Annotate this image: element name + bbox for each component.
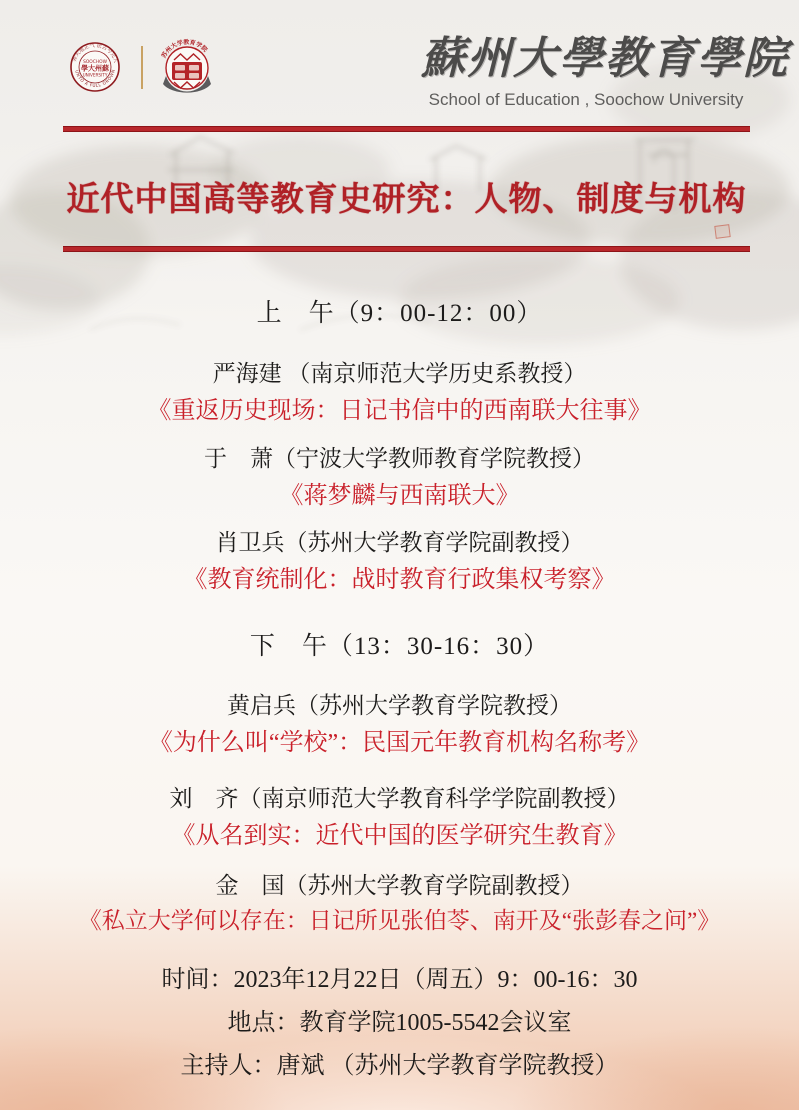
red-seal-stamp	[714, 224, 730, 239]
event-host: 主持人：唐斌 （苏州大学教育学院教授）	[0, 1045, 799, 1080]
header: 养天地正气 法古今完人 UNTO A FULL GROWN MAN SOOCHO…	[0, 0, 799, 125]
talk-title: 《从名到实：近代中国的医学研究生教育》	[0, 815, 799, 850]
college-english-subtitle: School of Education , Soochow University	[421, 90, 751, 110]
speaker-name: 刘 齐（南京师范大学教育科学学院副教授）	[0, 780, 799, 813]
college-seal-logo: 苏州大学教育学院	[156, 38, 218, 100]
talk-title: 《蒋梦麟与西南联大》	[0, 475, 799, 510]
speaker-name: 金 国（苏州大学教育学院副教授）	[0, 867, 799, 900]
title-rule-top	[63, 126, 750, 132]
wordmark-block: 蘇州大學教育學院 School of Education , Soochow U…	[421, 30, 751, 110]
logo-divider	[141, 46, 143, 89]
event-title: 近代中国高等教育史研究：人物、制度与机构	[63, 173, 750, 220]
talk-title: 《重返历史现场：日记书信中的西南联大往事》	[0, 390, 799, 425]
speaker-name: 于 萧（宁波大学教师教育学院教授）	[0, 440, 799, 473]
session-afternoon-header: 下 午（13：30-16：30）	[0, 626, 799, 662]
talk-title: 《私立大学何以存在：日记所见张伯苓、南开及“张彭春之问”》	[0, 902, 799, 935]
seal-center-chinese: 學大州蘇	[80, 64, 109, 73]
talk-title: 《教育统制化：战时教育行政集权考察》	[0, 559, 799, 594]
seal-center-university: UNIVERSITY	[83, 73, 108, 78]
event-poster: 养天地正气 法古今完人 UNTO A FULL GROWN MAN SOOCHO…	[0, 0, 799, 1110]
session-morning-header: 上 午（9：00-12：00）	[0, 293, 799, 329]
speaker-name: 严海建 （南京师范大学历史系教授）	[0, 355, 799, 388]
event-location: 地点：教育学院1005-5542会议室	[0, 1002, 799, 1037]
title-rule-bottom	[63, 246, 750, 252]
speaker-name: 黄启兵（苏州大学教育学院教授）	[0, 687, 799, 720]
speaker-name: 肖卫兵（苏州大学教育学院副教授）	[0, 524, 799, 557]
university-seal-logo: 养天地正气 法古今完人 UNTO A FULL GROWN MAN SOOCHO…	[70, 42, 120, 92]
college-calligraphy-title: 蘇州大學教育學院	[421, 30, 751, 88]
event-time: 时间：2023年12月22日（周五）9：00-16：30	[0, 959, 799, 994]
talk-title: 《为什么叫“学校”：民国元年教育机构名称考》	[0, 722, 799, 757]
